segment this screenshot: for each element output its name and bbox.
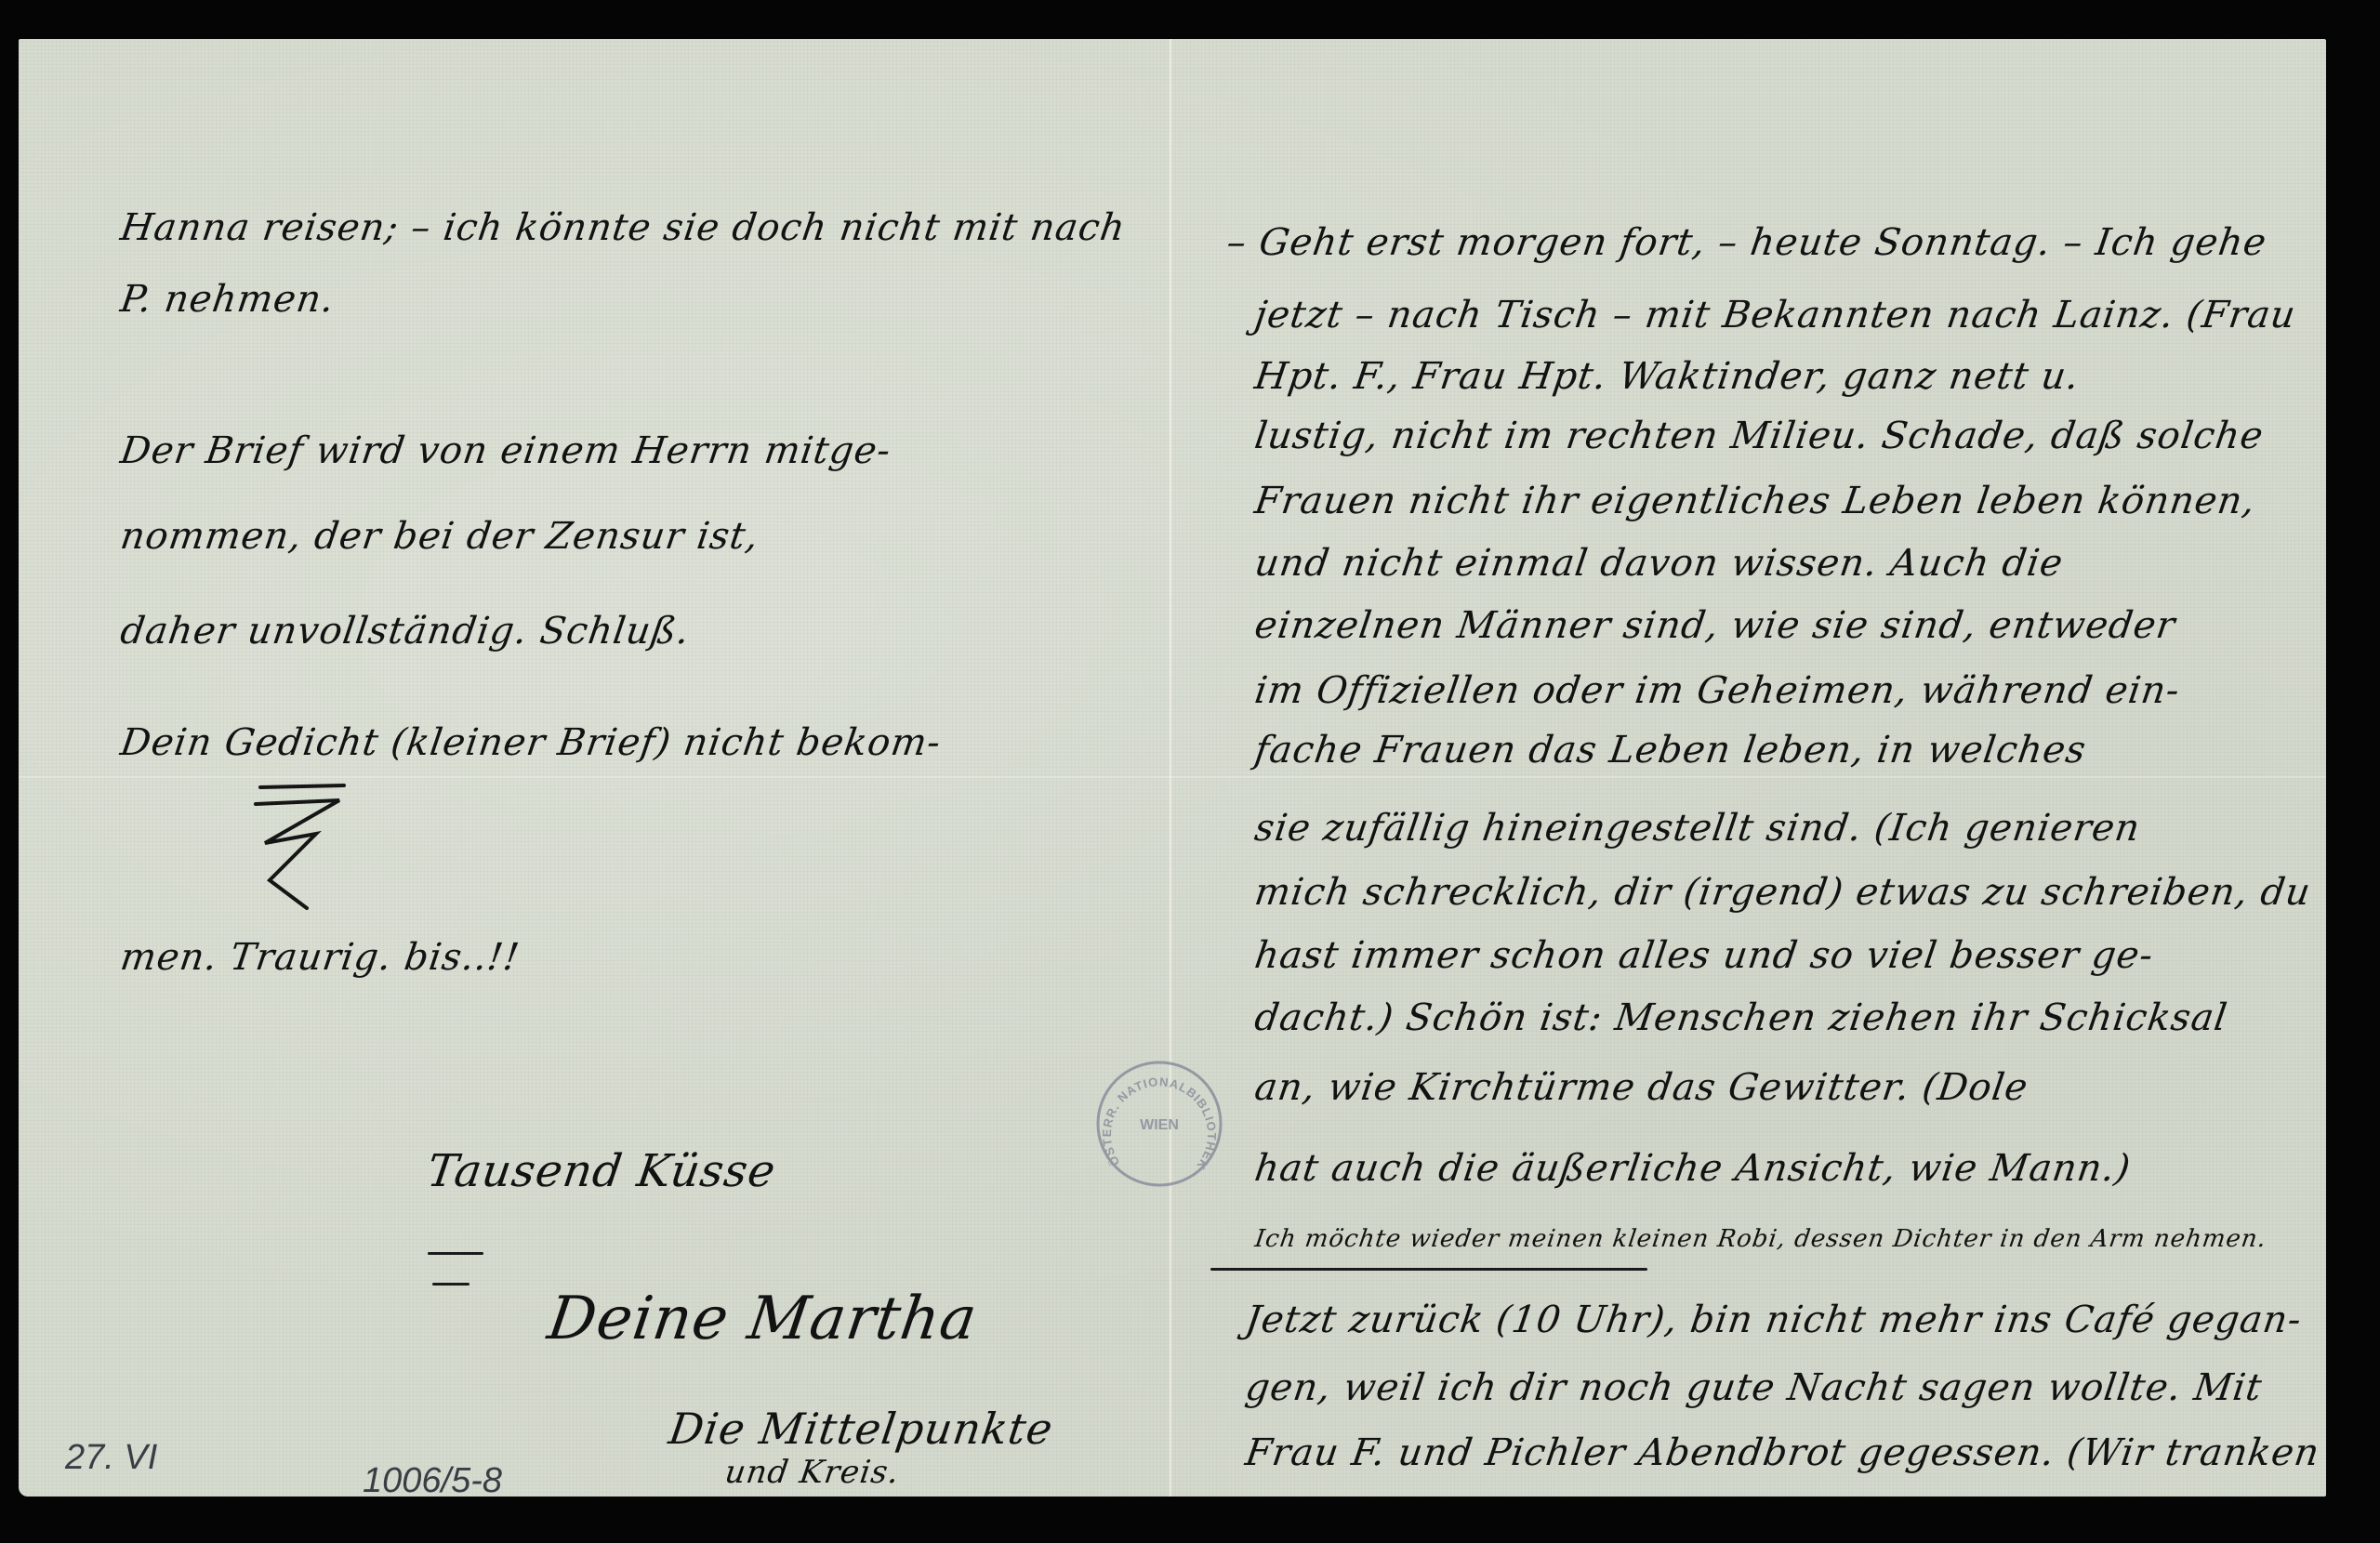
right-line-6: und nicht einmal davon wissen. Auch die [1252, 542, 2066, 585]
right-line-5: Frauen nicht ihr eigentliches Leben lebe… [1252, 480, 2258, 522]
right-line-10: sie zufällig hineingestellt sind. (Ich g… [1252, 807, 2143, 850]
separator-rule [1210, 1268, 1647, 1271]
right-after-rule-1: Jetzt zurück (10 Uhr), bin nicht mehr in… [1243, 1299, 2305, 1341]
right-line-12: hast immer schon alles und so viel besse… [1252, 934, 2157, 977]
right-line-9: fache Frauen das Leben leben, in welches [1252, 729, 2089, 771]
left-line-3: Der Brief wird von einem Herrn mitge- [118, 429, 894, 472]
stamp-center-text: WIEN [1140, 1117, 1179, 1133]
left-line-7: men. Traurig. bis..!! [118, 936, 522, 979]
postscript-line-1: Die Mittelpunkte [666, 1404, 1056, 1454]
letter-paper: Hanna reisen; – ich könnte sie doch nich… [19, 39, 2326, 1497]
left-line-2: P. nehmen. [118, 278, 337, 321]
right-line-14: an, wie Kirchtürme das Gewitter. (Dole [1252, 1066, 2031, 1109]
postscript-line-2: und Kreis. [722, 1454, 902, 1491]
right-line-1: – Geht erst morgen fort, – heute Sonntag… [1224, 221, 2269, 264]
right-line-8: im Offiziellen oder im Geheimen, während… [1252, 669, 2183, 712]
right-line-13: dacht.) Schön ist: Menschen ziehen ihr S… [1252, 996, 2230, 1039]
left-line-4: nommen, der bei der Zensur ist, [118, 515, 762, 558]
horizontal-fold-line [19, 775, 2326, 779]
right-after-rule-3: Frau F. und Pichler Abendbrot gegessen. … [1243, 1431, 2322, 1474]
right-after-rule-2: gen, weil ich dir noch gute Nacht sagen … [1243, 1366, 2265, 1409]
right-line-2: jetzt – nach Tisch – mit Bekannten nach … [1252, 294, 2299, 336]
right-small-line: Ich möchte wieder meinen kleinen Robi, d… [1253, 1225, 2268, 1253]
left-line-1: Hanna reisen; – ich könnte sie doch nich… [118, 206, 1129, 249]
library-stamp-icon: ÖSTERR. NATIONALBIBLIOTHEK WIEN [1094, 1059, 1224, 1189]
closing-dash-1 [428, 1252, 483, 1255]
left-line-6: Dein Gedicht (kleiner Brief) nicht bekom… [118, 721, 944, 764]
right-line-15: hat auch die äußerliche Ansicht, wie Man… [1252, 1147, 2134, 1190]
right-line-4: lustig, nicht im rechten Milieu. Schade,… [1252, 415, 2267, 457]
right-line-7: einzelnen Männer sind, wie sie sind, ent… [1252, 604, 2178, 647]
vertical-fold-line [1168, 39, 1173, 1497]
left-line-5: daher unvollständig. Schluß. [118, 610, 693, 653]
underline-scribble-icon [251, 778, 353, 917]
signature: Deine Martha [544, 1285, 982, 1353]
closing-dash-2 [432, 1283, 469, 1286]
date-annotation: 27. VI [65, 1438, 157, 1478]
shelfmark-annotation: 1006/5-8 [363, 1461, 502, 1501]
closing-text: Tausend Küsse [424, 1145, 779, 1197]
right-line-11: mich schrecklich, dir (irgend) etwas zu … [1252, 871, 2314, 914]
right-line-3: Hpt. F., Frau Hpt. Waktinder, ganz nett … [1252, 355, 2082, 398]
